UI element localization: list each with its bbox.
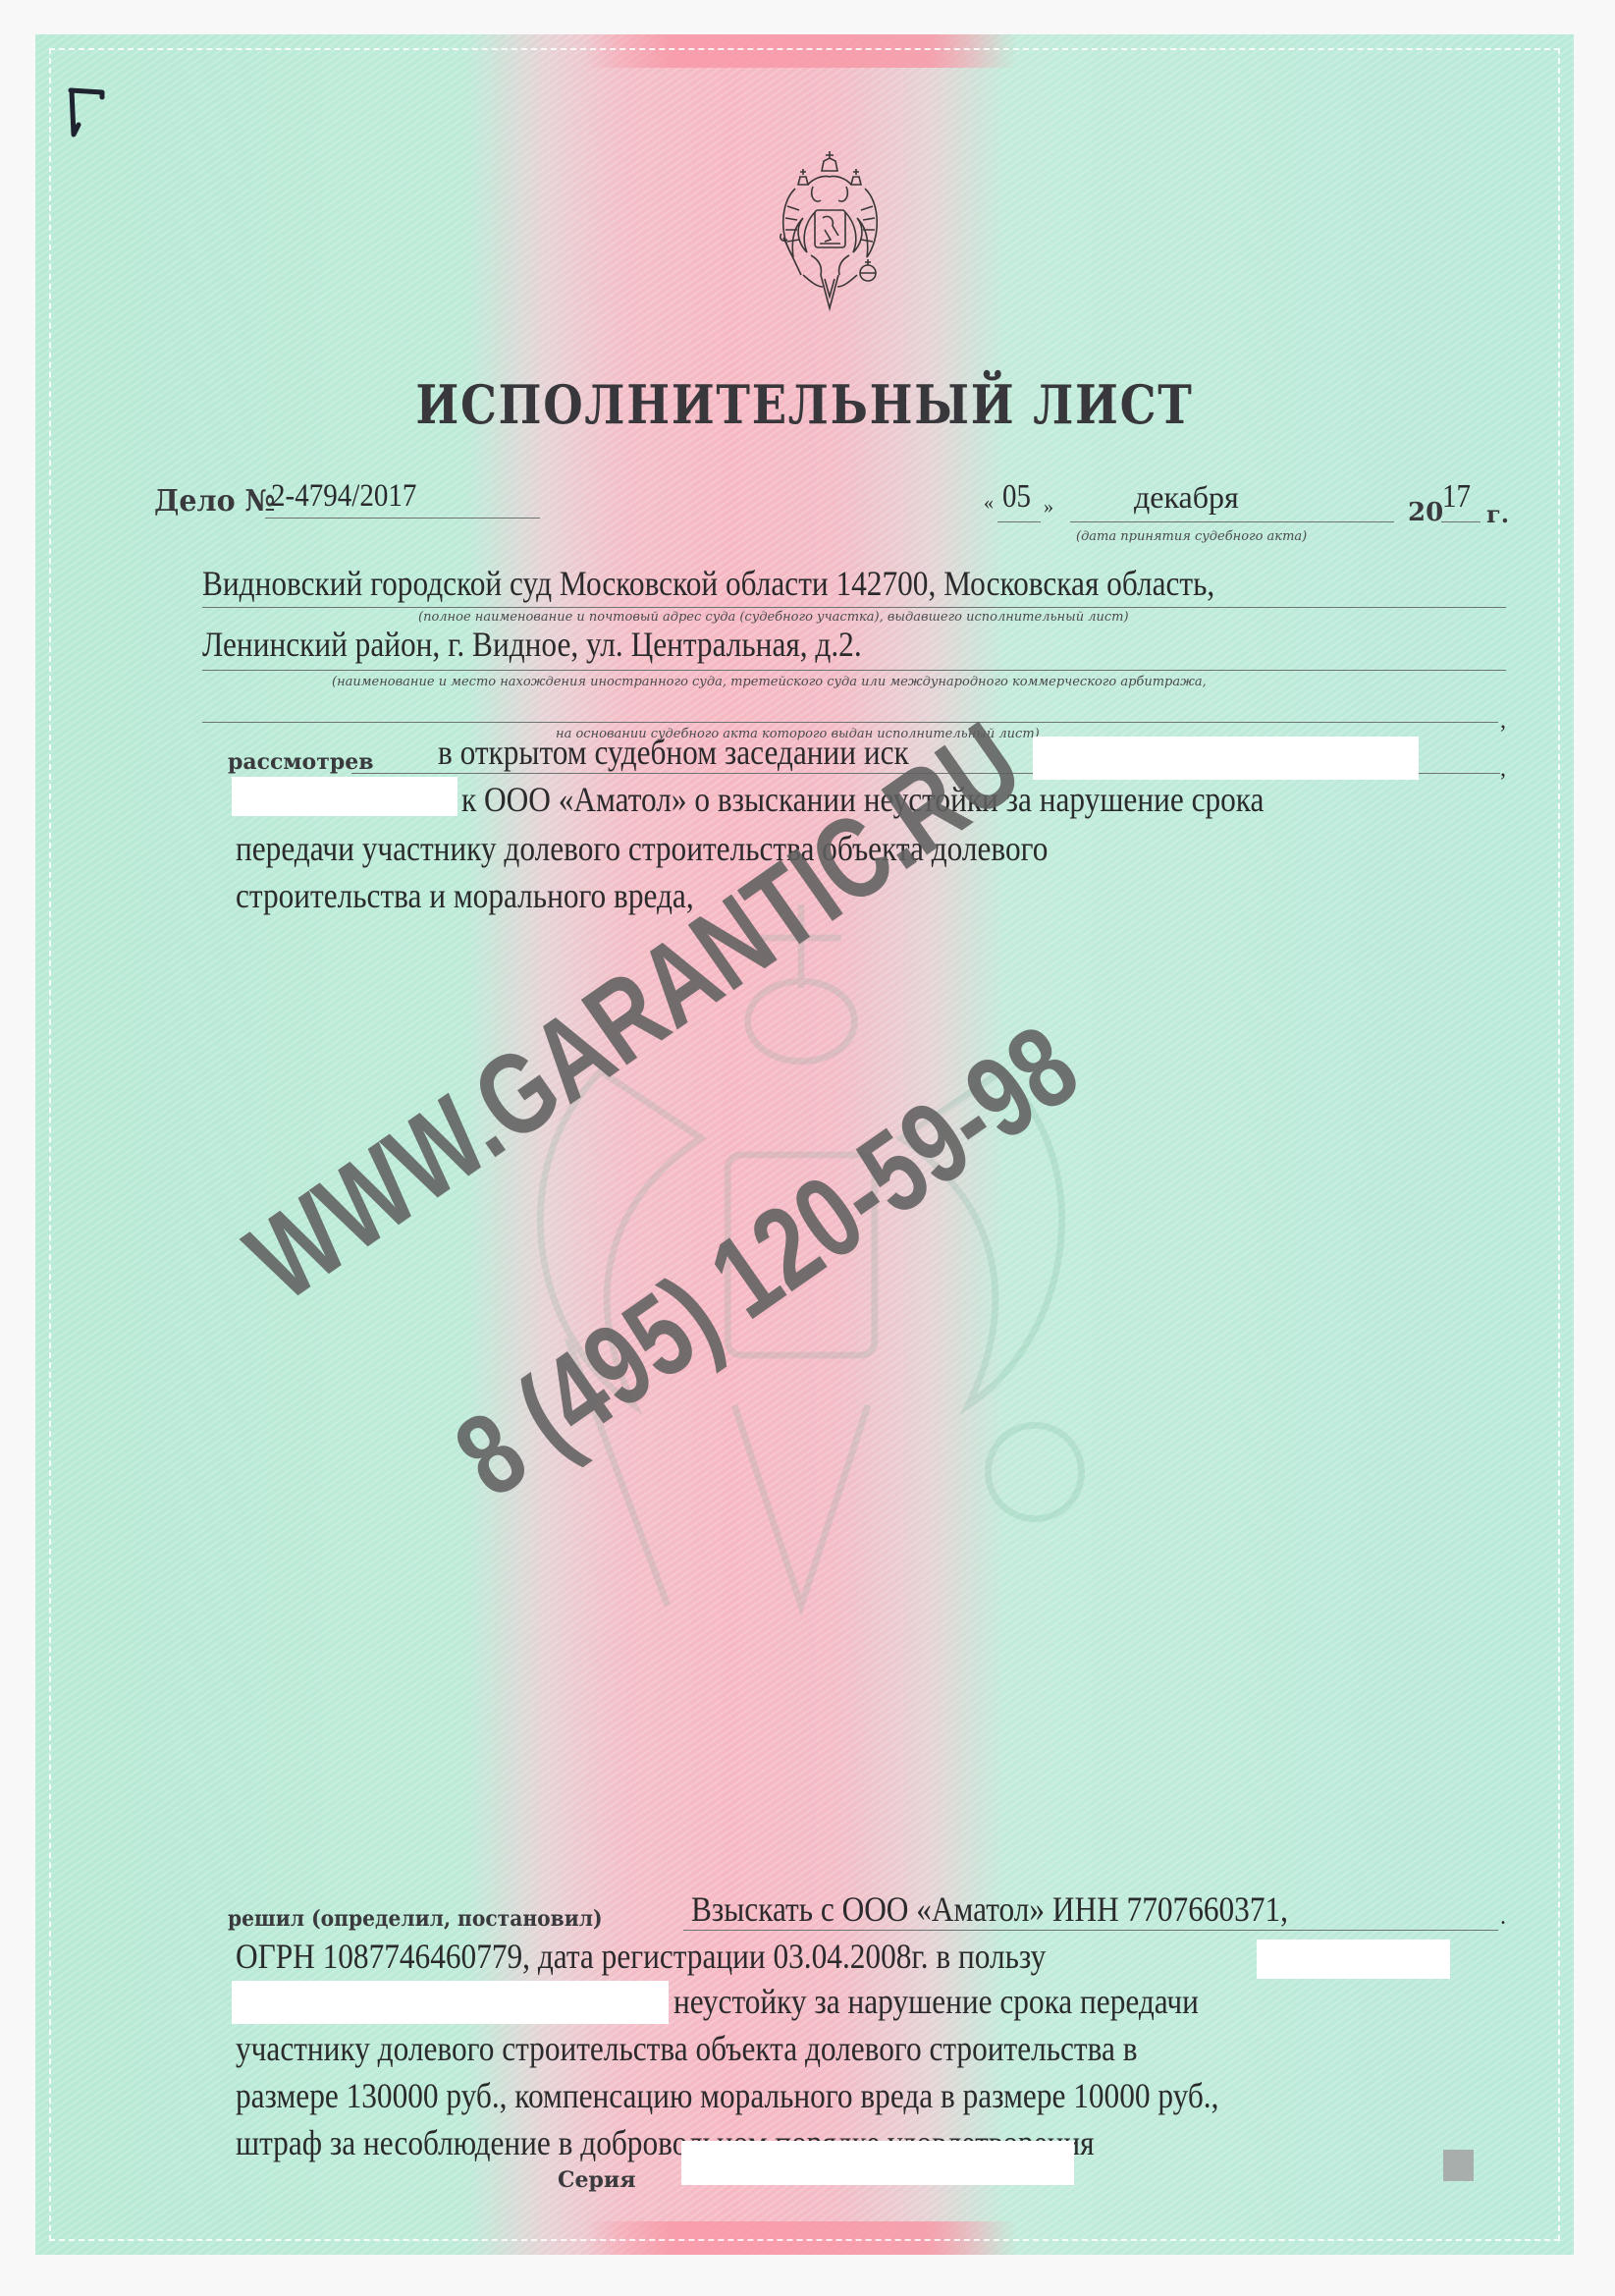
series-label: Серия <box>558 2167 635 2193</box>
date-year-suffix: 17 <box>1442 478 1471 516</box>
court-line-2-underline <box>202 670 1506 671</box>
case-number-value: 2-4794/2017 <box>271 478 416 515</box>
redacted-plaintiff-name <box>1033 737 1419 780</box>
considered-line-4: строительства и морального вреда, <box>236 875 694 916</box>
redacted-plaintiff-surname <box>232 777 458 816</box>
court-line-3-underline <box>202 722 1498 723</box>
case-number-underline <box>265 518 540 519</box>
date-caption: (дата принятия судебного акта) <box>1076 529 1307 544</box>
court-caption-2: (наименование и место нахождения иностра… <box>332 675 1207 689</box>
decision-label: решил (определил, постановил) <box>228 1906 603 1932</box>
decision-line-1: Взыскать с ООО «Аматол» ИНН 7707660371, <box>691 1888 1288 1930</box>
decision-line-2: ОГРН 1087746460779, дата регистрации 03.… <box>236 1936 1046 1977</box>
decision-line-4: участнику долевого строительства объекта… <box>236 2028 1138 2069</box>
considered-label: рассмотрев <box>228 749 374 775</box>
date-month-underline <box>1070 521 1394 522</box>
document-title: ИСПОЛНИТЕЛЬНЫЙ ЛИСТ <box>143 373 1467 436</box>
decision-line-1-underline <box>683 1930 1498 1931</box>
handwritten-corner-mark-icon <box>67 85 106 140</box>
date-year-prefix: 20 <box>1408 498 1443 527</box>
court-line-2: Ленинский район, г. Видное, ул. Централь… <box>202 624 862 665</box>
redacted-beneficiary-name <box>1257 1940 1450 1979</box>
case-number-label: Дело № <box>154 484 275 519</box>
court-line-3-comma: , <box>1500 708 1506 735</box>
date-year-underline <box>1441 521 1480 522</box>
considered-line-1: в открытом судебном заседании иск <box>438 732 909 773</box>
date-day: 05 <box>1002 478 1031 516</box>
redacted-beneficiary-surname <box>232 1981 669 2024</box>
coat-of-arms-icon <box>774 149 887 316</box>
decision-line-5: размере 130000 руб., компенсацию моральн… <box>236 2075 1218 2116</box>
court-line-1-underline <box>202 607 1506 608</box>
redacted-series-number <box>681 2141 1074 2185</box>
court-caption-1: (полное наименование и почтовый адрес су… <box>418 610 1129 625</box>
writ-of-execution-sheet: ИСПОЛНИТЕЛЬНЫЙ ЛИСТ Дело № 2-4794/2017 «… <box>35 34 1574 2255</box>
date-close-quote: » <box>1044 496 1053 519</box>
court-line-1: Видновский городской суд Московской обла… <box>202 563 1214 604</box>
considered-line-1-comma: , <box>1500 756 1506 783</box>
decision-line-3: неустойку за нарушение срока передачи <box>673 1981 1199 2022</box>
grey-security-square <box>1443 2150 1474 2181</box>
date-month: декабря <box>1134 479 1239 516</box>
date-year-unit: г. <box>1486 500 1509 528</box>
date-day-underline <box>997 521 1041 522</box>
date-open-quote: « <box>984 492 994 515</box>
decision-line-1-period: . <box>1500 1904 1506 1931</box>
